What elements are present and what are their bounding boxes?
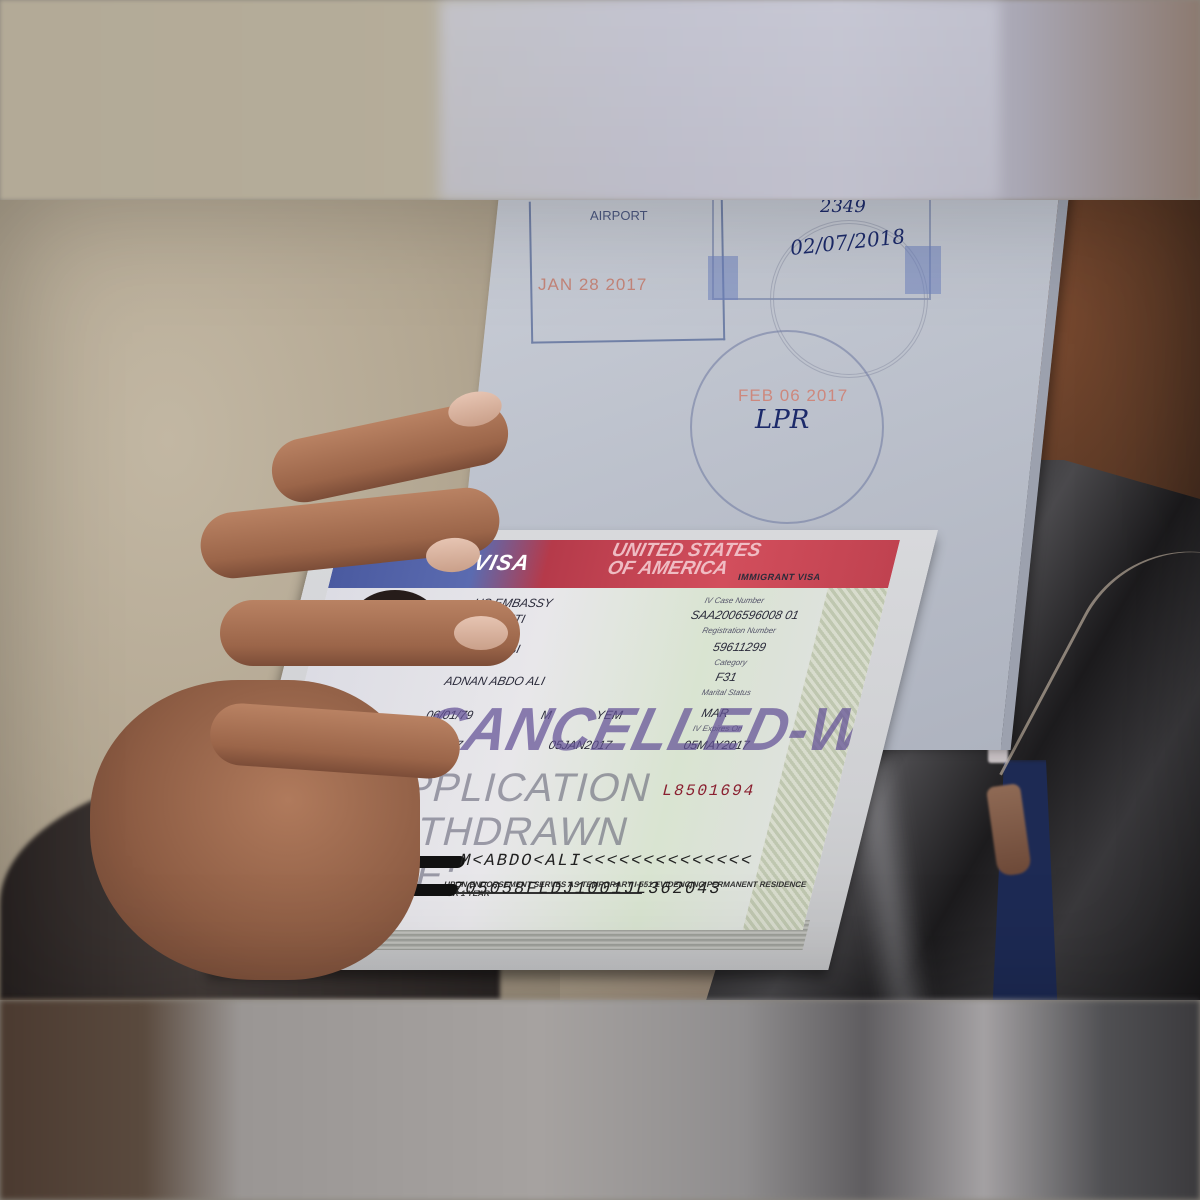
category-label: Category bbox=[713, 658, 748, 667]
case-number-label: IV Case Number bbox=[704, 596, 765, 605]
stamp-mark bbox=[905, 246, 941, 294]
registration-label: Registration Number bbox=[701, 626, 777, 635]
blurred-top-band bbox=[0, 0, 1200, 200]
stamp-date-feb: FEB 06 2017 bbox=[738, 386, 848, 406]
stamp-mark bbox=[708, 256, 738, 300]
passport-photo: AIRPORT JAN 28 2017 FEB 06 2017 LPR 02/0… bbox=[0, 200, 1200, 1000]
blurred-bottom-band bbox=[0, 1000, 1200, 1200]
fingernail bbox=[454, 616, 508, 650]
category: F31 bbox=[714, 670, 738, 684]
hand bbox=[80, 420, 520, 1000]
handwritten-lpr: LPR bbox=[755, 405, 809, 435]
stamp-date-jan: JAN 28 2017 bbox=[538, 275, 647, 295]
case-number: SAA2006596008 01 bbox=[690, 608, 801, 622]
handwritten-number: 2349 bbox=[820, 200, 866, 217]
visa-country-line2: OF AMERICA bbox=[605, 558, 730, 579]
stamp-text-top: AIRPORT bbox=[590, 208, 648, 223]
photo-frame: AIRPORT JAN 28 2017 FEB 06 2017 LPR 02/0… bbox=[0, 0, 1200, 1200]
visa-type: IMMIGRANT VISA bbox=[737, 572, 822, 582]
registration-number: 59611299 bbox=[712, 640, 768, 654]
blurred-passport-ghost bbox=[440, 0, 1000, 200]
control-number: L8501694 bbox=[660, 782, 757, 800]
